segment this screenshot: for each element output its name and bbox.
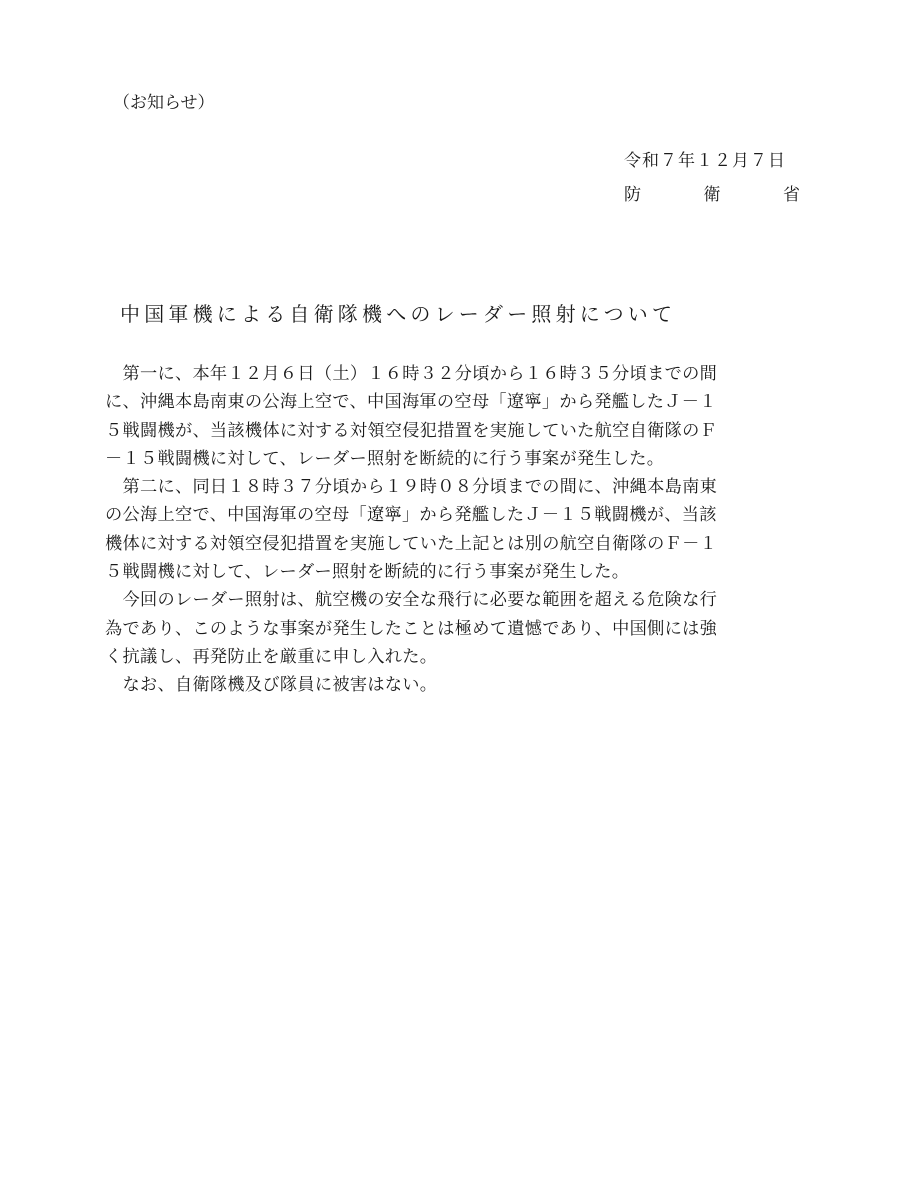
body-line: 為であり、このような事案が発生したことは極めて遺憾であり、中国側には強 bbox=[105, 615, 805, 643]
document-body: 第一に、本年１２月６日（土）１６時３２分頃から１６時３５分頃までの間 に、沖縄本… bbox=[105, 360, 805, 700]
document-title: 中国軍機による自衛隊機へのレーダー照射について bbox=[120, 298, 800, 327]
organization-char: 省 bbox=[783, 180, 800, 205]
body-line: の公海上空で、中国海軍の空母「遼寧」から発艦したＪ－１５戦闘機が、当該 bbox=[105, 501, 805, 529]
body-line: に、沖縄本島南東の公海上空で、中国海軍の空母「遼寧」から発艦したＪ－１ bbox=[105, 388, 805, 416]
body-line: なお、自衛隊機及び隊員に被害はない。 bbox=[105, 671, 805, 699]
notice-label: （お知らせ） bbox=[113, 88, 215, 113]
body-line: ５戦闘機に対して、レーダー照射を断続的に行う事案が発生した。 bbox=[105, 558, 805, 586]
body-line: 第一に、本年１２月６日（土）１６時３２分頃から１６時３５分頃までの間 bbox=[105, 360, 805, 388]
body-line: 機体に対する対領空侵犯措置を実施していた上記とは別の航空自衛隊のＦ－１ bbox=[105, 530, 805, 558]
organization-char: 衛 bbox=[704, 180, 721, 205]
body-line: ５戦闘機が、当該機体に対する対領空侵犯措置を実施していた航空自衛隊のＦ bbox=[105, 417, 805, 445]
organization-char: 防 bbox=[624, 180, 641, 205]
document-date: 令和７年１２月７日 bbox=[624, 146, 786, 171]
issuing-organization: 防 衛 省 bbox=[624, 180, 800, 205]
body-line: 今回のレーダー照射は、航空機の安全な飛行に必要な範囲を超える危険な行 bbox=[105, 586, 805, 614]
body-line: －１５戦闘機に対して、レーダー照射を断続的に行う事案が発生した。 bbox=[105, 445, 805, 473]
body-line: く抗議し、再発防止を厳重に申し入れた。 bbox=[105, 643, 805, 671]
body-line: 第二に、同日１８時３７分頃から１９時０８分頃までの間に、沖縄本島南東 bbox=[105, 473, 805, 501]
